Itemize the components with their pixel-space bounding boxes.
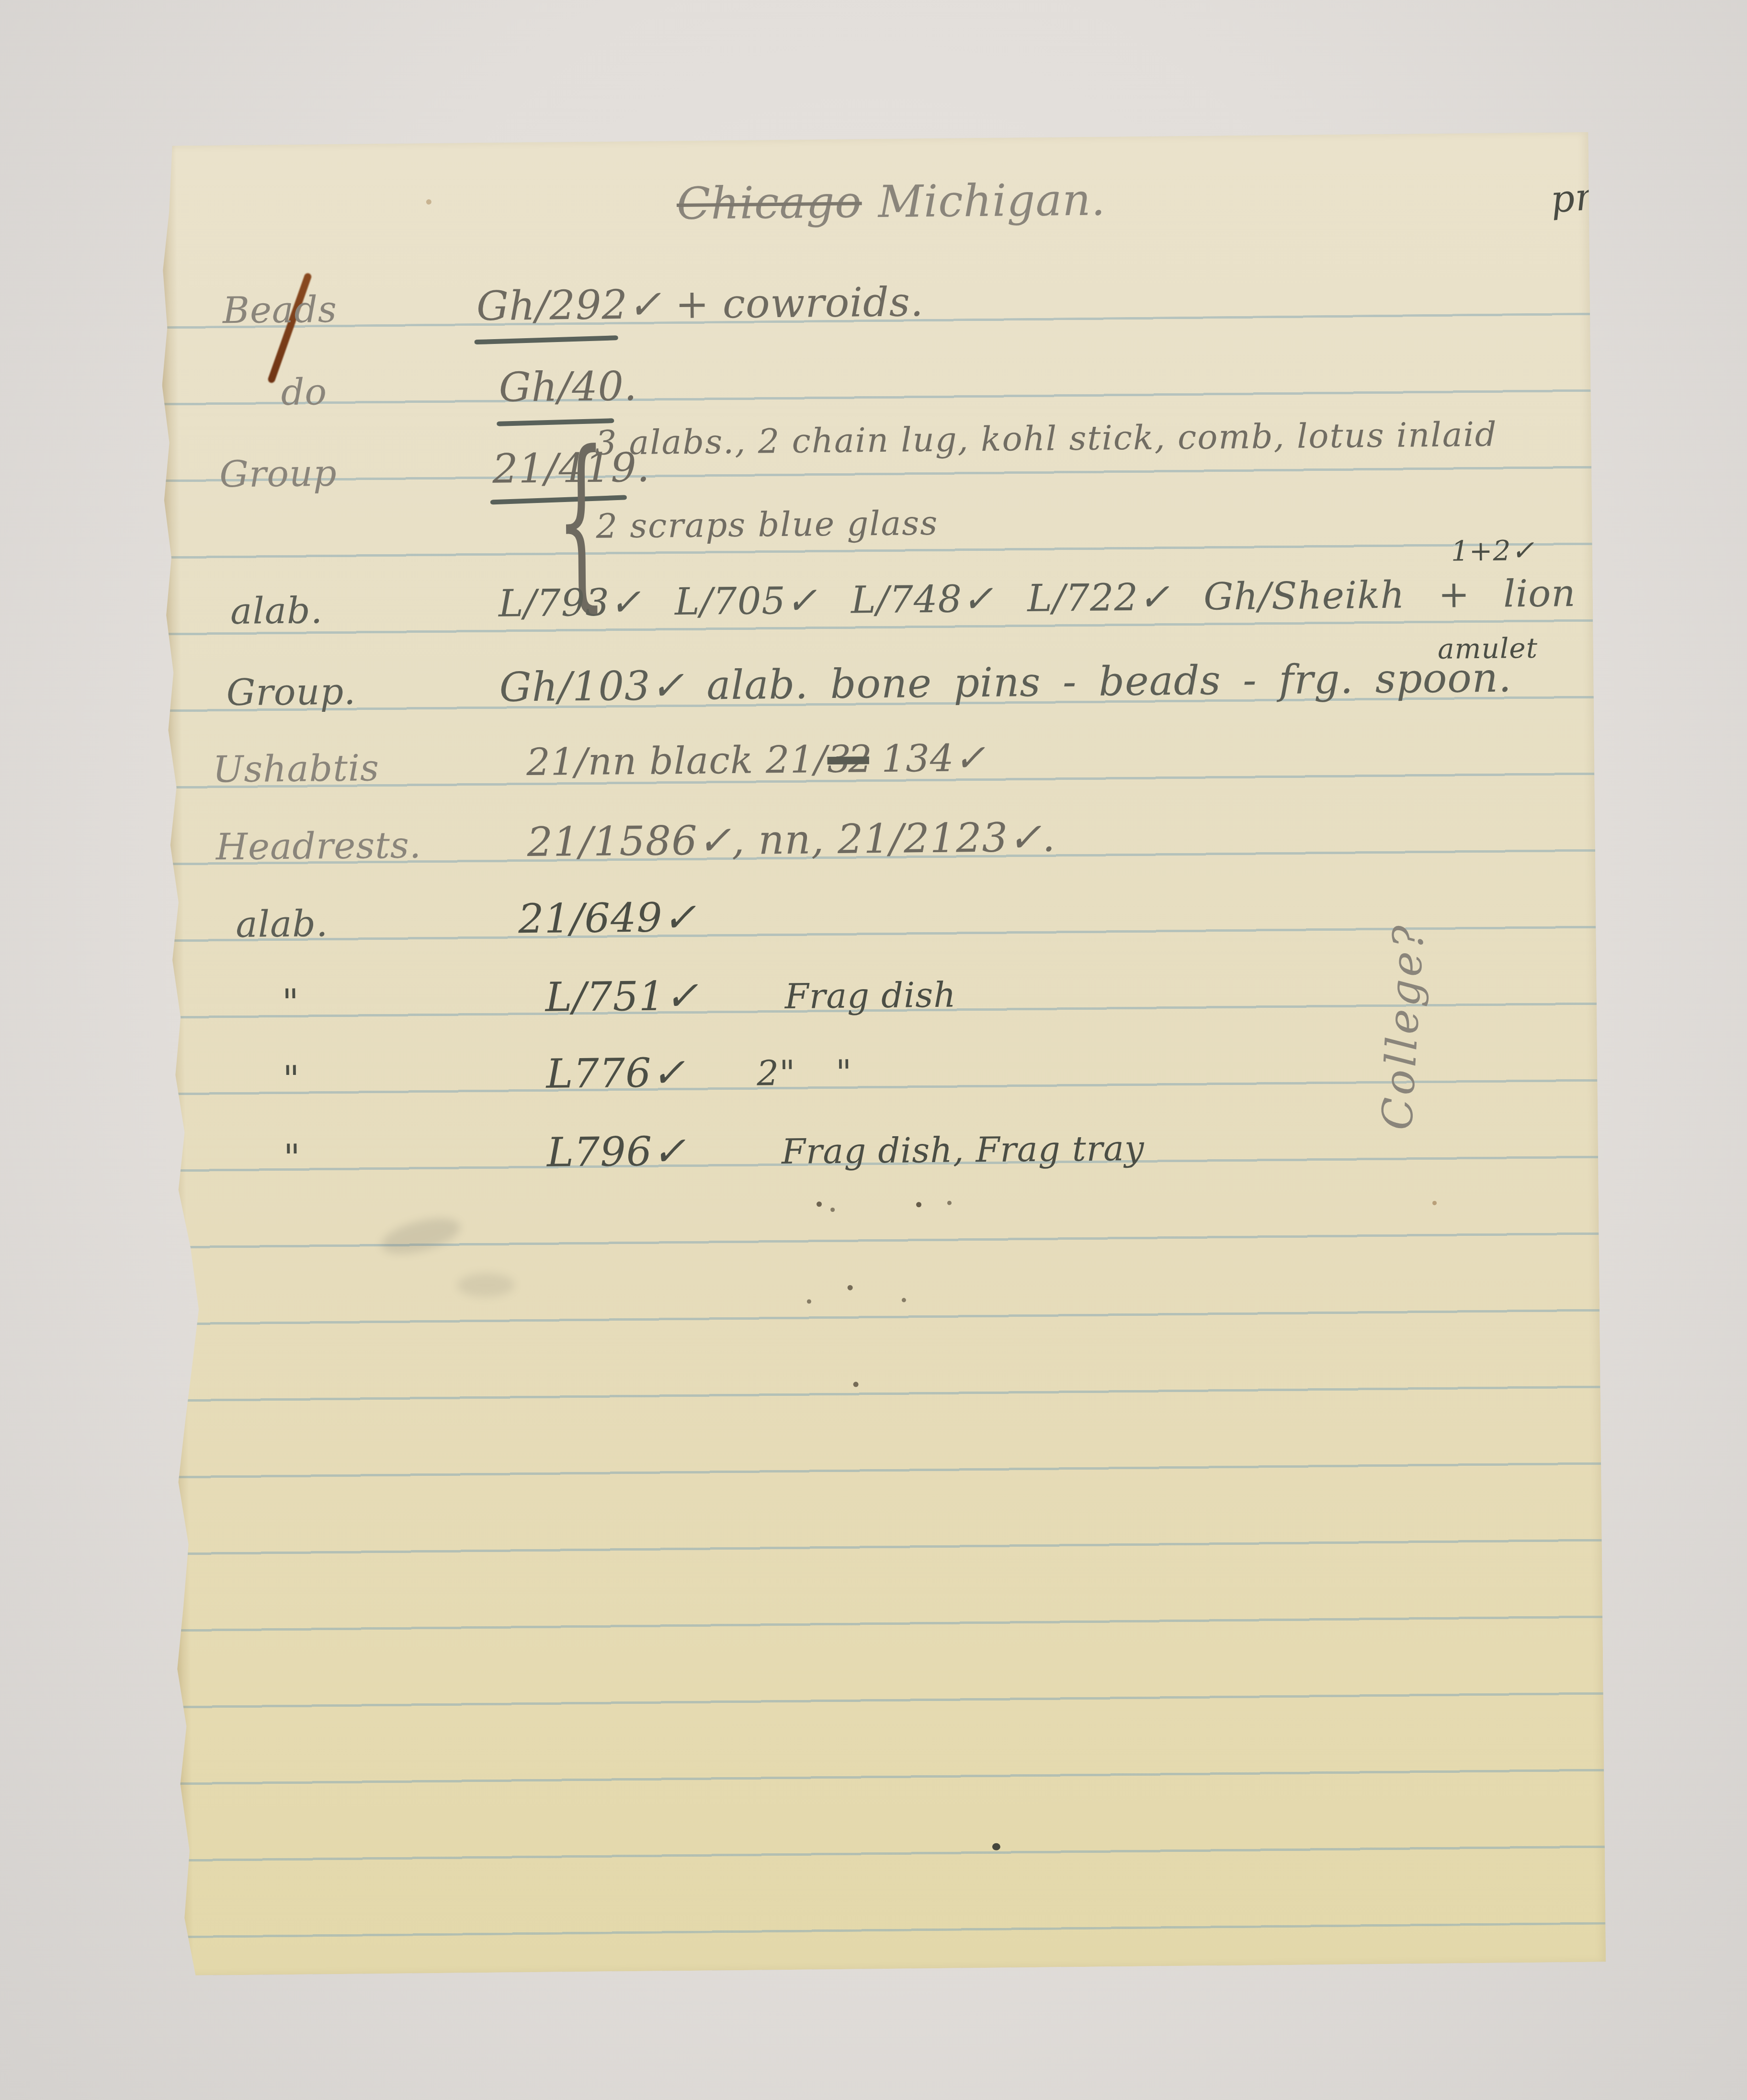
value-struck: 32 <box>827 738 869 781</box>
entry-row-group1: Group 21/419. <box>159 132 1588 146</box>
entry-row-ditto3: " L796✓ Frag dish, Frag tray <box>159 132 1588 146</box>
group-detail-line2: 2 scraps blue glass <box>596 503 939 546</box>
notebook-page: ChicagoMichigan. pm Beads Gh/292✓ + cowr… <box>159 132 1606 1975</box>
entry-label: alab. <box>236 902 329 946</box>
initials-monogram: pm <box>1549 174 1606 222</box>
entry-value: 21/nn black 21/32 134✓ <box>526 737 987 784</box>
entry-row-ditto2: " L776✓ 2" " <box>159 132 1588 146</box>
page-title: Michigan. <box>878 174 1106 228</box>
entry-value: Gh/292✓ + cowroids. <box>476 278 924 330</box>
scan-background: ChicagoMichigan. pm Beads Gh/292✓ + cowr… <box>0 0 1747 2100</box>
entry-row-group2: Group. Gh/103✓ alab. bone pins - beads -… <box>159 132 1588 146</box>
superscript-note: 1+2✓ <box>1451 534 1535 568</box>
page-header: ChicagoMichigan. <box>676 174 1106 229</box>
ditto-mark: " <box>283 1058 300 1100</box>
entry-value: Gh/40. <box>499 363 637 411</box>
entry-value: L796✓ <box>546 1128 686 1176</box>
entry-row-alab1: alab. L/793✓ L/705✓ L/748✓ L/722✓ Gh/She… <box>159 132 1588 146</box>
entry-label: Headrests. <box>216 823 421 868</box>
entry-row-beads: Beads Gh/292✓ + cowroids. <box>159 132 1588 146</box>
entry-note: 2" " <box>757 1052 852 1094</box>
entry-row-ditto1: " L/751✓ Frag dish <box>159 132 1588 146</box>
entry-row-ushabtis: Ushabtis 21/nn black 21/32 134✓ <box>159 132 1588 146</box>
ink-speck <box>992 1843 1000 1850</box>
entry-note: Frag dish <box>784 975 956 1016</box>
entry-label: Group <box>219 452 337 495</box>
entry-label: Group. <box>226 670 356 714</box>
entry-label: Ushabtis <box>213 746 380 790</box>
entry-row-alab2: alab. 21/649✓ <box>159 132 1588 146</box>
entry-row-headrests: Headrests. 21/1586✓, nn, 21/2123✓. <box>159 132 1588 146</box>
entry-value: 21/649✓ <box>518 894 697 943</box>
entry-label: do <box>281 370 327 413</box>
value-pre: 21/nn black 21/ <box>526 738 828 784</box>
entry-value: 21/1586✓, nn, 21/2123✓. <box>527 814 1055 866</box>
entry-value: Gh/103✓ alab. bone pins - beads - frg. s… <box>499 654 1512 710</box>
entry-row-do: do Gh/40. <box>159 132 1588 146</box>
entry-label: Beads <box>223 288 338 331</box>
entry-label: alab. <box>230 589 323 632</box>
ditto-mark: " <box>284 1136 301 1179</box>
value-post: 134✓ <box>881 737 986 781</box>
foxing-specks <box>159 146 161 148</box>
entry-note: Frag dish, Frag tray <box>782 1128 1145 1172</box>
ditto-mark: " <box>282 981 299 1024</box>
entry-value: L/751✓ <box>545 972 699 1021</box>
entry-value: L776✓ <box>546 1049 686 1097</box>
struck-word: Chicago <box>676 176 862 229</box>
